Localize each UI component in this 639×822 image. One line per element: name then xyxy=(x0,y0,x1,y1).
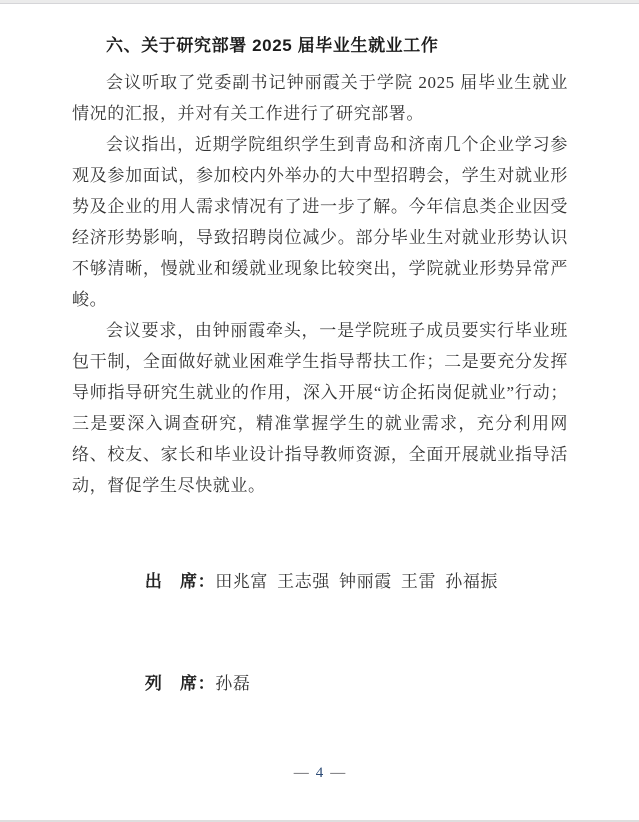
attendance-names-present: 田兆富 王志强 钟丽霞 王雷 孙福振 xyxy=(215,572,498,591)
section-title-text: 六、关于研究部署 2025 届毕业生就业工作 xyxy=(106,36,438,55)
attendance-names-observer: 孙磊 xyxy=(215,674,250,693)
paragraph-1: 会议听取了党委副书记钟丽霞关于学院 2025 届毕业生就业情况的汇报，并对有关工… xyxy=(72,67,568,129)
document-page: 六、关于研究部署 2025 届毕业生就业工作 会议听取了党委副书记钟丽霞关于学院… xyxy=(0,0,639,822)
attendance-label-present: 出 席： xyxy=(145,572,215,591)
footer-left-dash: — xyxy=(294,765,309,781)
paragraph-3: 会议要求，由钟丽霞牵头，一是学院班子成员要实行毕业班包干制，全面做好就业困难学生… xyxy=(72,315,568,501)
document-content: 六、关于研究部署 2025 届毕业生就业工作 会议听取了党委副书记钟丽霞关于学院… xyxy=(72,30,568,735)
page-top-edge xyxy=(0,0,639,4)
section-title: 六、关于研究部署 2025 届毕业生就业工作 xyxy=(72,30,568,61)
attendance-block: 出 席：田兆富 王志强 钟丽霞 王雷 孙福振 列 席：孙磊 xyxy=(72,531,568,735)
attendance-line-observer: 列 席：孙磊 xyxy=(72,633,568,735)
footer-right-dash: — xyxy=(330,765,345,781)
attendance-line-present: 出 席：田兆富 王志强 钟丽霞 王雷 孙福振 xyxy=(72,531,568,633)
page-number: 4 xyxy=(316,765,324,781)
page-footer: —4— xyxy=(0,764,639,782)
attendance-label-observer: 列 席： xyxy=(145,674,215,693)
paragraph-2: 会议指出，近期学院组织学生到青岛和济南几个企业学习参观及参加面试，参加校内外举办… xyxy=(72,129,568,315)
